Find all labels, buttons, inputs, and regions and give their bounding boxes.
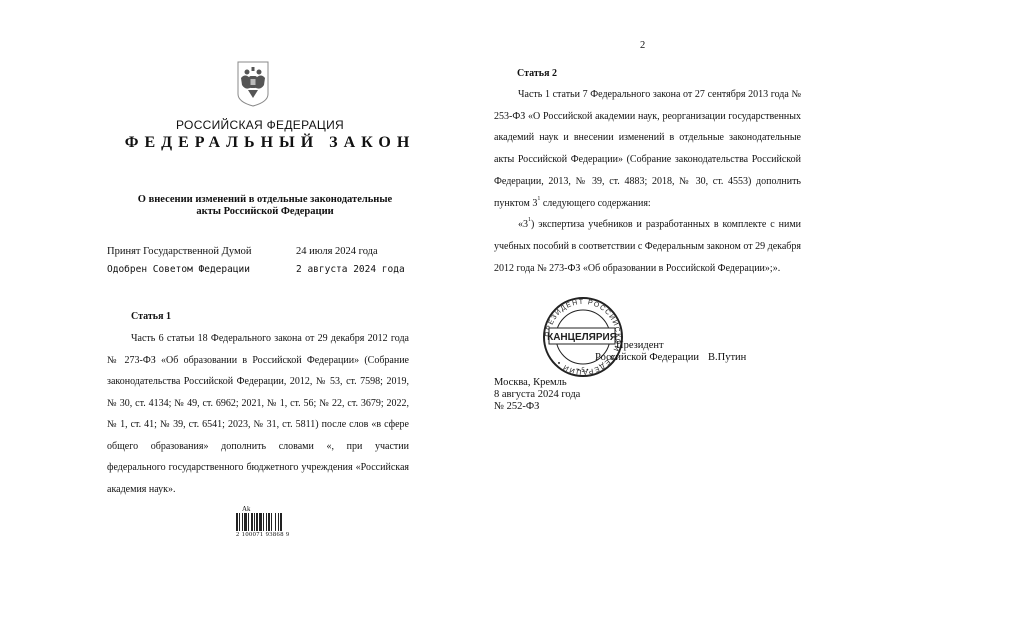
law-type-heading: ФЕДЕРАЛЬНЫЙ ЗАКОН [100,134,440,152]
office-stamp: ПРЕЗИДЕНТ РОССИЙСКОЙ ФЕДЕРАЦИИ • КАНЦЕЛЯ… [540,296,626,378]
svg-text:КАНЦЕЛЯРИЯ: КАНЦЕЛЯРИЯ [547,332,617,343]
barcode: Ak 2 100071 93868 9 [236,505,296,538]
adopted-label: Принят Государственной Думой [107,246,251,257]
coat-of-arms-icon [236,60,270,108]
svg-text:• 5 •: • 5 • [578,368,589,374]
page-number: 2 [640,40,645,51]
article1-text: Часть 6 статьи 18 Федерального закона от… [107,328,409,500]
adopted-date: 24 июля 2024 года [296,246,378,257]
signing-date: 8 августа 2024 года [494,389,580,401]
article2-heading: Статья 2 [517,68,557,79]
approved-date: 2 августа 2024 года [296,264,405,275]
barcode-mark: Ak [236,505,296,513]
article1-heading: Статья 1 [131,311,171,322]
country-name: РОССИЙСКАЯ ФЕДЕРАЦИЯ [100,118,420,132]
law-title-line1: О внесении изменений в отдельные законод… [110,194,420,206]
barcode-bars [236,513,296,531]
approved-label: Одобрен Советом Федерации [107,264,250,275]
signing-block: Москва, Кремль 8 августа 2024 года № 252… [494,377,580,413]
article2-body: Часть 1 статьи 7 Федерального закона от … [494,84,801,279]
article2-quote: «31) экспертиза учебников и разработанны… [494,214,801,279]
signer-title: Президент [616,340,664,351]
article2-text: Часть 1 статьи 7 Федерального закона от … [494,84,801,214]
signer-name: В.Путин [708,352,746,363]
barcode-number: 2 100071 93868 9 [236,531,296,538]
law-number: № 252-ФЗ [494,401,580,413]
signing-place: Москва, Кремль [494,377,580,389]
law-title: О внесении изменений в отдельные законод… [110,194,420,218]
signer-org: Российской Федерации [595,352,699,363]
law-title-line2: акты Российской Федерации [110,206,420,218]
